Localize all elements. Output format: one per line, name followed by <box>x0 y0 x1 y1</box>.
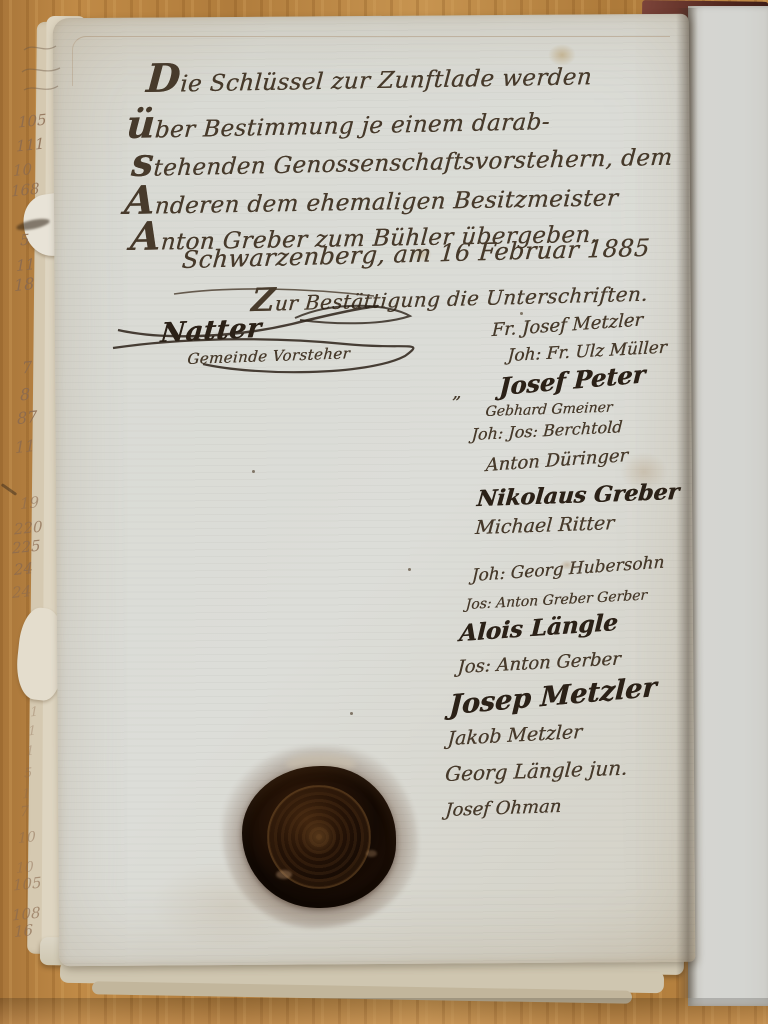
wax-seal-emblem-center <box>301 819 337 855</box>
ink-speck <box>252 470 255 473</box>
margin-number: 24 <box>12 582 31 602</box>
margin-number: 168 <box>11 179 40 200</box>
margin-number: 10 <box>13 160 32 180</box>
margin-number: 7 <box>22 357 32 377</box>
margin-number: 225 <box>12 536 41 557</box>
ink-speck <box>408 568 411 571</box>
ink-speck <box>520 312 523 315</box>
margin-number: 19 <box>20 493 39 513</box>
official-signature-name: Natter <box>159 313 263 349</box>
margin-number: 11 <box>15 436 36 457</box>
margin-number: 5 <box>20 230 30 249</box>
margin-number: 1 <box>22 787 30 803</box>
ditto-mark: „ <box>452 382 461 403</box>
margin-number: 87 <box>17 407 38 428</box>
margin-number: 11 <box>16 255 35 275</box>
margin-number: 16 <box>14 921 33 941</box>
margin-number: 1 <box>26 744 34 760</box>
ink-speck <box>350 712 353 715</box>
wax-seal-body <box>242 766 396 908</box>
margin-number: 111 <box>16 134 45 155</box>
wax-seal <box>234 758 406 916</box>
margin-number: 1 <box>28 724 36 740</box>
wax-seal-highlight <box>276 870 292 879</box>
page-gutter-shadow <box>676 8 698 998</box>
margin-number: 7 <box>20 804 29 821</box>
margin-number: 105 <box>13 873 42 894</box>
ink-smudge <box>1 483 17 496</box>
margin-number: 105 <box>18 110 47 131</box>
margin-number: 1 <box>30 705 38 721</box>
margin-number: 10 <box>18 829 36 847</box>
margin-number: 18 <box>14 274 35 295</box>
wax-seal-highlight <box>366 850 377 857</box>
margin-number: 24 <box>14 559 33 579</box>
next-page-leaf <box>688 6 768 1006</box>
signature: Josef Ohman <box>445 796 562 821</box>
margin-number: 220 <box>14 517 43 538</box>
margin-number: 8 <box>20 384 30 404</box>
photo-scene: 105 111 10 168 5 11 18 7 8 87 11 19 220 … <box>0 0 768 1024</box>
margin-number: 5 <box>24 766 32 782</box>
